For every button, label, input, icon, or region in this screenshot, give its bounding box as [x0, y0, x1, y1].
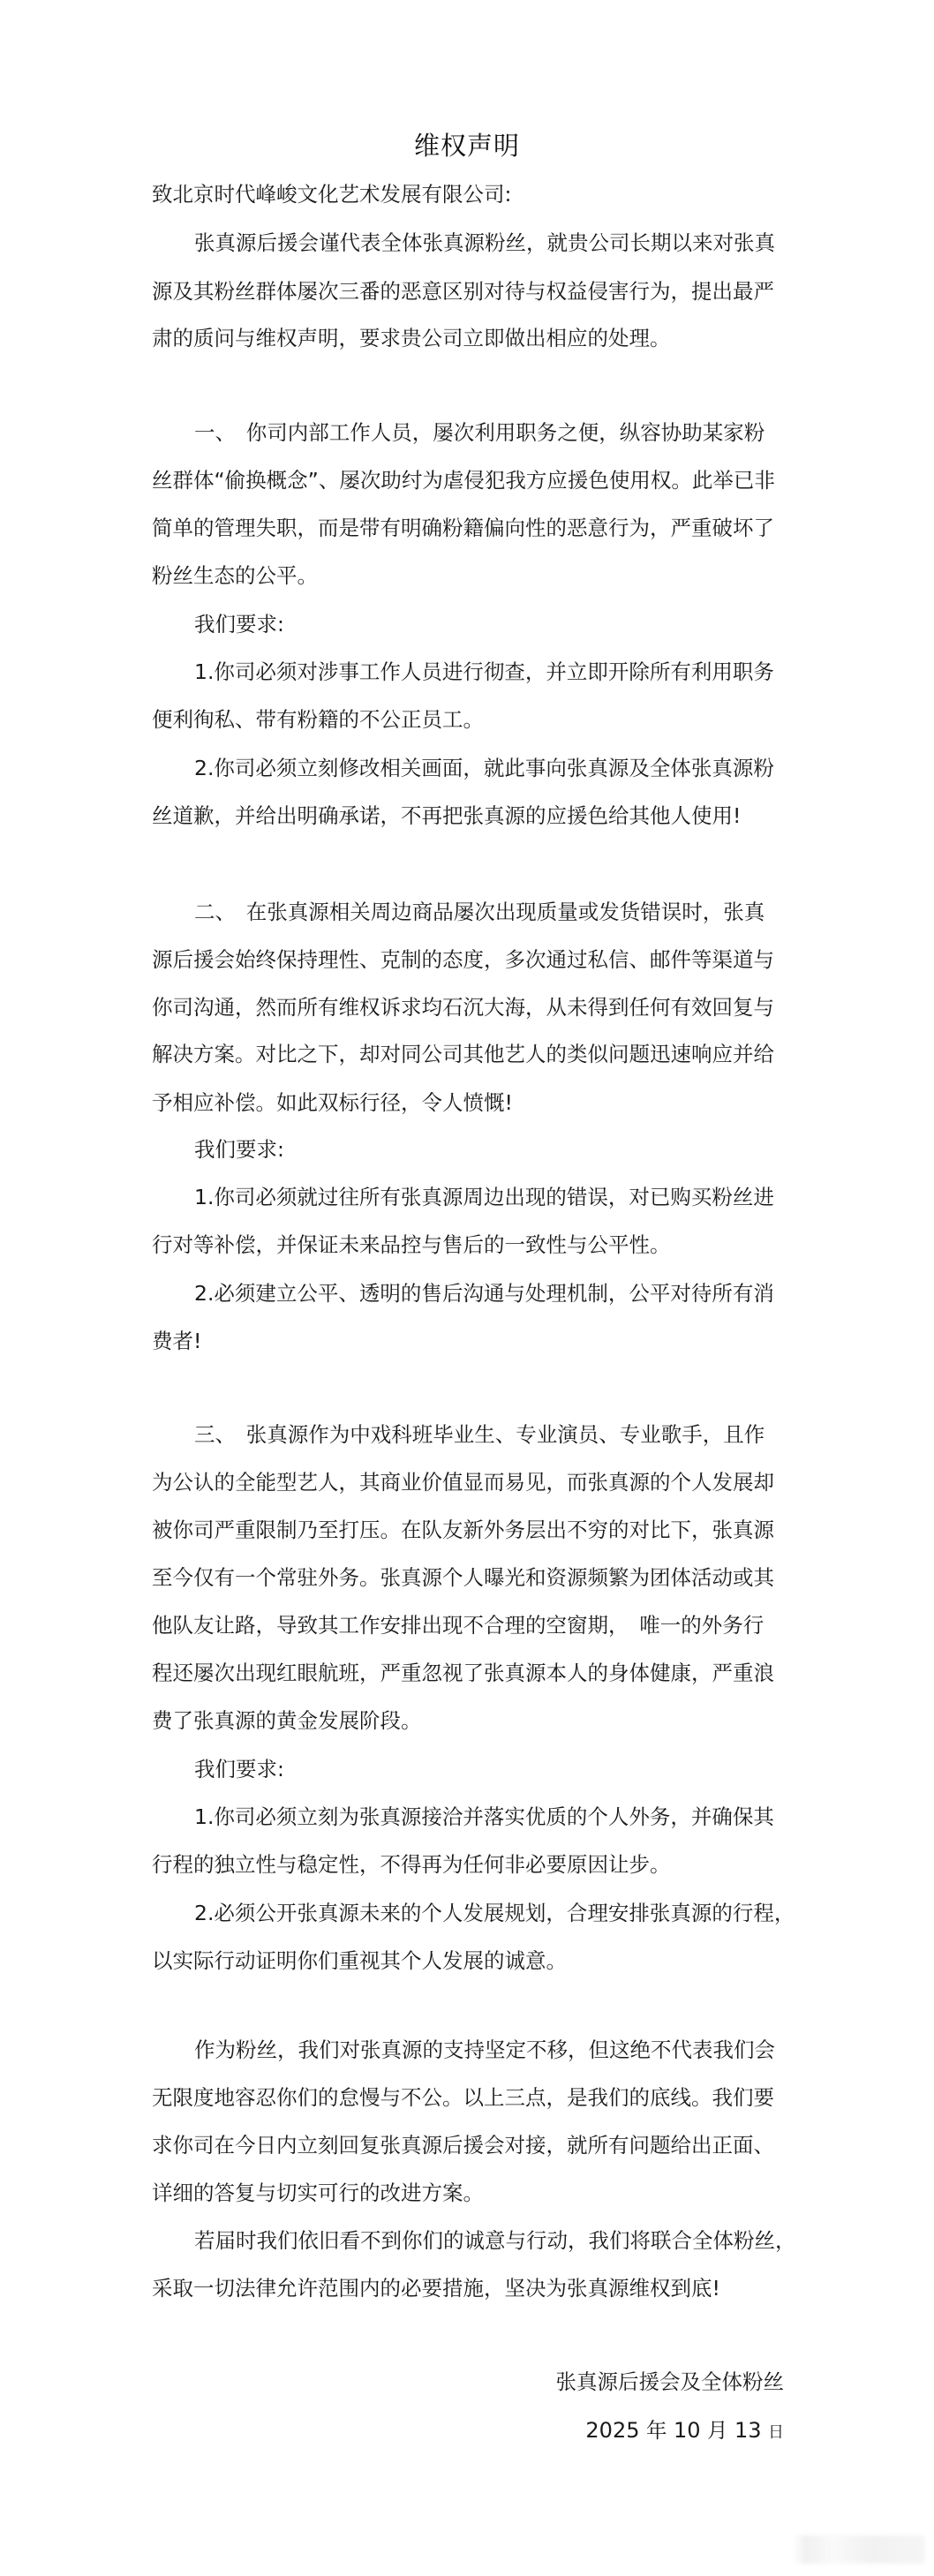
section-body-line: 你司沟通，然而所有维权诉求均石沉大海，从未得到任何有效回复与 [152, 990, 787, 1025]
section-body-line: 二、 在张真源相关周边商品屡次出现质量或发货错误时，张真 [194, 894, 787, 930]
addressee-line: 致北京时代峰峻文化艺术发展有限公司: [152, 177, 787, 212]
demand-item-line: 2.你司必须立刻修改相关画面，就此事向张真源及全体张真源粉 [194, 750, 787, 786]
date-day-unit: 日 [768, 2423, 784, 2442]
demand-item-line: 行对等补偿，并保证未来品控与售后的一致性与公平性。 [152, 1227, 787, 1262]
demand-heading: 我们要求: [194, 1751, 787, 1787]
signature-name: 张真源后援会及全体粉丝 [556, 2364, 785, 2399]
date-month: 10 [674, 2418, 701, 2443]
demand-heading: 我们要求: [194, 606, 787, 642]
section-body-line: 为公认的全能型艺人，其商业价值显而易见，而张真源的个人发展却 [152, 1465, 787, 1500]
demand-item-line: 费者! [152, 1323, 787, 1359]
date-day: 13 [734, 2418, 762, 2443]
closing-line: 作为粉丝，我们对张真源的支持坚定不移，但这绝不代表我们会 [194, 2032, 787, 2068]
intro-line: 肃的质问与维权声明，要求贵公司立即做出相应的处理。 [152, 320, 787, 356]
date-month-unit: 月 [707, 2418, 728, 2443]
section-body-line: 简单的管理失职，而是带有明确粉籍偏向性的恶意行为，严重破坏了 [152, 510, 787, 546]
demand-item-line: 1.你司必须就过往所有张真源周边出现的错误，对已购买粉丝进 [194, 1179, 787, 1215]
document-title: 维权声明 [0, 128, 934, 163]
closing-line: 采取一切法律允许范围内的必要措施，坚决为张真源维权到底! [152, 2271, 787, 2306]
demand-item-line: 2.必须公开张真源未来的个人发展规划，合理安排张真源的行程， [194, 1895, 787, 1931]
closing-line: 无限度地容忍你们的怠慢与不公。以上三点，是我们的底线。我们要 [152, 2080, 787, 2115]
demand-heading: 我们要求: [194, 1132, 787, 1167]
demand-item-line: 2.必须建立公平、透明的售后沟通与处理机制，公平对待所有消 [194, 1276, 787, 1311]
closing-line: 求你司在今日内立刻回复张真源后援会对接，就所有问题给出正面、 [152, 2128, 787, 2163]
section-body-line: 源后援会始终保持理性、克制的态度，多次通过私信、邮件等渠道与 [152, 942, 787, 977]
demand-item-line: 1.你司必须立刻为张真源接洽并落实优质的个人外务，并确保其 [194, 1799, 787, 1834]
intro-line: 源及其粉丝群体屡次三番的恶意区别对待与权益侵害行为，提出最严 [152, 274, 787, 309]
demand-item-line: 1.你司必须对涉事工作人员进行彻查，并立即开除所有利用职务 [194, 654, 787, 689]
closing-line: 详细的答复与切实可行的改进方案。 [152, 2175, 787, 2211]
document-page: 维权声明 致北京时代峰峻文化艺术发展有限公司: 张真源后援会谨代表全体张真源粉丝… [0, 0, 934, 2576]
demand-item-line: 丝道歉，并给出明确承诺，不再把张真源的应援色给其他人使用! [152, 798, 787, 833]
section-body-line: 一、 你司内部工作人员，屡次利用职务之便，纵容协助某家粉 [194, 415, 787, 450]
closing-line: 若届时我们依旧看不到你们的诚意与行动，我们将联合全体粉丝， [194, 2223, 787, 2258]
section-body-line: 三、 张真源作为中戏科班毕业生、专业演员、专业歌手，且作 [194, 1417, 787, 1452]
section-body-line: 粉丝生态的公平。 [152, 558, 787, 593]
section-body-line: 被你司严重限制乃至打压。在队友新外务层出不穷的对比下，张真源 [152, 1512, 787, 1548]
section-body-line: 予相应补偿。如此双标行径，令人愤慨! [152, 1085, 787, 1120]
date-year: 2025 [585, 2418, 639, 2443]
faint-watermark [793, 2535, 925, 2564]
demand-item-line: 便利徇私、带有粉籍的不公正员工。 [152, 702, 787, 737]
section-body-line: 解决方案。对比之下，却对同公司其他艺人的类似问题迅速响应并给 [152, 1036, 787, 1072]
signature-date: 2025 年 10 月 13 日 [585, 2413, 784, 2451]
date-year-unit: 年 [646, 2418, 667, 2443]
demand-item-line: 以实际行动证明你们重视其个人发展的诚意。 [152, 1943, 787, 1978]
section-body-line: 程还屡次出现红眼航班，严重忽视了张真源本人的身体健康，严重浪 [152, 1655, 787, 1691]
section-body-line: 费了张真源的黄金发展阶段。 [152, 1703, 787, 1738]
section-body-line: 至今仅有一个常驻外务。张真源个人曝光和资源频繁为团体活动或其 [152, 1560, 787, 1595]
section-body-line: 他队友让路，导致其工作安排出现不合理的空窗期， 唯一的外务行 [152, 1608, 787, 1643]
section-body-line: 丝群体“偷换概念”、屡次助纣为虐侵犯我方应援色使用权。此举已非 [152, 463, 787, 498]
demand-item-line: 行程的独立性与稳定性，不得再为任何非必要原因让步。 [152, 1847, 787, 1882]
intro-line: 张真源后援会谨代表全体张真源粉丝，就贵公司长期以来对张真 [194, 225, 787, 260]
